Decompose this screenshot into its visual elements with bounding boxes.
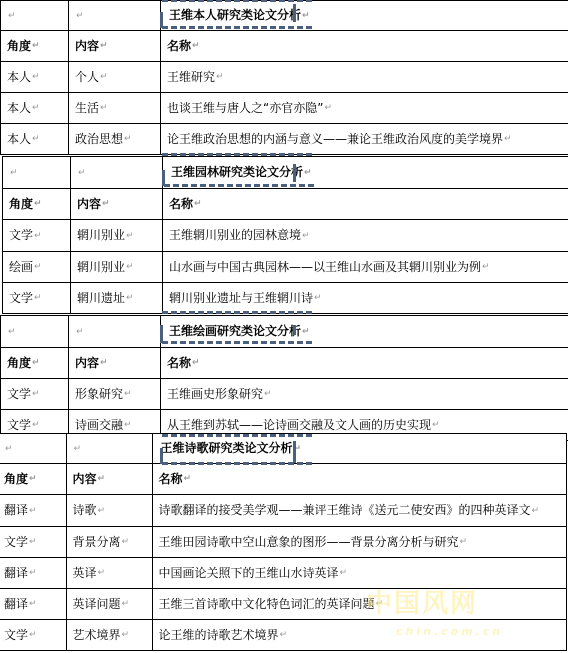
table-row: 文学↵ 艺术境界↵ 论王维的诗歌艺术境界↵ xyxy=(0,620,566,651)
paragraph-mark-icon: ↵ xyxy=(76,11,84,21)
table-header-row: 角度↵ 内容↵ 名称↵ xyxy=(3,189,568,220)
table-title: 王维本人研究类论文分析 xyxy=(169,8,301,22)
table-title: 王维园林研究类论文分析 xyxy=(171,165,303,179)
cell-content: 生活↵ xyxy=(69,93,161,124)
paragraph-mark-icon: ↵ xyxy=(304,168,312,178)
cell-content: 个人↵ xyxy=(69,62,161,93)
cell-content: 形象研究↵ xyxy=(69,379,161,410)
table-row: 文学↵ 背景分离↵ 王维田园诗歌中空山意象的图形——背景分离分析与研究↵ xyxy=(0,527,566,558)
cell-title: 论王维的诗歌艺术境界↵ xyxy=(152,620,566,651)
paragraph-mark-icon: ↵ xyxy=(192,41,200,51)
table-row: 翻译↵ 英译问题↵ 王维三首诗歌中文化特色词汇的英译问题↵ xyxy=(0,589,566,620)
cell-title: 中国画论关照下的王维山水诗英译↵ xyxy=(152,558,566,589)
cell-angle: 文学↵ xyxy=(0,620,66,651)
table-wangwei-painting: ↵ ↵ 王维绘画研究类论文分析↵ 角度↵ 内容↵ 名称↵ 文学↵ 形象研究↵ 王… xyxy=(0,315,568,441)
table-row: 绘画↵ 辋川别业↵ 山水画与中国古典园林——以王维山水画及其辋川别业为例↵ xyxy=(3,252,568,283)
empty-cell: ↵ xyxy=(69,316,161,348)
paragraph-mark-icon: ↵ xyxy=(8,327,16,337)
header-angle: 角度↵ xyxy=(0,464,66,495)
empty-cell: ↵ xyxy=(0,434,66,464)
table-row: 文学↵ 辋川别业↵ 王维辋川别业的园林意境↵ xyxy=(3,220,568,252)
cell-title: 山水画与中国古典园林——以王维山水画及其辋川别业为例↵ xyxy=(163,252,568,283)
cell-angle: 翻译↵ xyxy=(0,589,66,620)
cell-content: 诗歌↵ xyxy=(66,495,152,527)
table-row: 翻译↵ 诗歌↵ 诗歌翻译的接受美学观——兼评王维诗《送元二使安西》的四种英译文↵ xyxy=(0,495,566,527)
cell-angle: 翻译↵ xyxy=(0,495,66,527)
paragraph-mark-icon: ↵ xyxy=(8,11,16,21)
empty-cell: ↵ xyxy=(3,157,71,189)
cell-title: 王维田园诗歌中空山意象的图形——背景分离分析与研究↵ xyxy=(152,527,566,558)
header-angle: 角度↵ xyxy=(3,189,71,220)
table-row: 文学↵ 形象研究↵ 王维画史形象研究↵ xyxy=(1,379,568,410)
table-row: 本人↵ 政治思想↵ 论王维政治思想的内涵与意义——兼论王维政治风度的美学境界↵ xyxy=(1,124,568,155)
paragraph-mark-icon: ↵ xyxy=(302,327,310,337)
header-name: 名称↵ xyxy=(161,31,568,62)
cell-content: 英译问题↵ xyxy=(66,589,152,620)
cell-content: 政治思想↵ xyxy=(69,124,161,155)
paragraph-mark-icon: ↵ xyxy=(5,444,13,454)
table-header-row: 角度↵ 内容↵ 名称↵ xyxy=(1,31,568,62)
table-title: 王维诗歌研究类论文分析 xyxy=(161,441,293,455)
cell-content: 辋川遗址↵ xyxy=(71,283,163,314)
cell-angle: 文学↵ xyxy=(3,220,71,252)
table-wangwei-garden: ↵ ↵ 王维园林研究类论文分析↵ 角度↵ 内容↵ 名称↵ 文学↵ 辋川别业↵ 王… xyxy=(2,156,568,314)
cell-title: 王维三首诗歌中文化特色词汇的英译问题↵ xyxy=(152,589,566,620)
header-name: 名称↵ xyxy=(152,464,566,495)
empty-cell: ↵ xyxy=(1,316,69,348)
header-content: 内容↵ xyxy=(71,189,163,220)
paragraph-mark-icon: ↵ xyxy=(78,168,86,178)
table-header-row: 角度↵ 内容↵ 名称↵ xyxy=(1,348,568,379)
cell-title: 王维辋川别业的园林意境↵ xyxy=(163,220,568,252)
cell-title: 诗歌翻译的接受美学观——兼评王维诗《送元二使安西》的四种英译文↵ xyxy=(152,495,566,527)
table-row: 翻译↵ 英译↵ 中国画论关照下的王维山水诗英译↵ xyxy=(0,558,566,589)
header-name: 名称↵ xyxy=(163,189,568,220)
header-angle: 角度↵ xyxy=(1,31,69,62)
empty-cell: ↵ xyxy=(1,1,69,31)
cell-title: 王维画史形象研究↵ xyxy=(161,379,568,410)
header-angle: 角度↵ xyxy=(1,348,69,379)
table-title-selection[interactable]: 王维本人研究类论文分析↵ xyxy=(167,8,314,23)
header-name: 名称↵ xyxy=(161,348,568,379)
empty-cell: ↵ xyxy=(69,1,161,31)
cell-title: 王维研究↵ xyxy=(161,62,568,93)
empty-cell: ↵ xyxy=(71,157,163,189)
paragraph-mark-icon: ↵ xyxy=(100,41,108,51)
paragraph-mark-icon: ↵ xyxy=(32,41,40,51)
cell-title: 辋川别业遗址与王维辋川诗↵ xyxy=(163,283,568,314)
table-row: 本人↵ 生活↵ 也谈王维与唐人之“亦官亦隐”↵ xyxy=(1,93,568,124)
table-title-cell: 王维诗歌研究类论文分析↵ xyxy=(152,434,566,464)
table-row: 文学↵ 辋川遗址↵ 辋川别业遗址与王维辋川诗↵ xyxy=(3,283,568,314)
cell-angle: 翻译↵ xyxy=(0,558,66,589)
cell-content: 背景分离↵ xyxy=(66,527,152,558)
table-wangwei-personal: ↵ ↵ 王维本人研究类论文分析↵ 角度↵ 内容↵ 名称↵ 本人↵ 个人↵ 王维研… xyxy=(0,0,568,155)
paragraph-mark-icon: ↵ xyxy=(76,327,84,337)
header-content: 内容↵ xyxy=(66,464,152,495)
cell-angle: 文学↵ xyxy=(0,527,66,558)
paragraph-mark-icon: ↵ xyxy=(10,168,18,178)
table-header-row: 角度↵ 内容↵ 名称↵ xyxy=(0,464,566,495)
cell-angle: 本人↵ xyxy=(1,124,69,155)
cell-content: 辋川别业↵ xyxy=(71,220,163,252)
cell-content: 艺术境界↵ xyxy=(66,620,152,651)
cell-angle: 文学↵ xyxy=(1,379,69,410)
table-row: 本人↵ 个人↵ 王维研究↵ xyxy=(1,62,568,93)
cell-content: 英译↵ xyxy=(66,558,152,589)
header-content: 内容↵ xyxy=(69,348,161,379)
cell-angle: 绘画↵ xyxy=(3,252,71,283)
table-title: 王维绘画研究类论文分析 xyxy=(169,324,301,338)
header-content: 内容↵ xyxy=(69,31,161,62)
table-title-selection[interactable]: 王维诗歌研究类论文分析↵ xyxy=(159,441,306,456)
cell-content: 辋川别业↵ xyxy=(71,252,163,283)
paragraph-mark-icon: ↵ xyxy=(74,444,82,454)
cell-angle: 文学↵ xyxy=(3,283,71,314)
cell-title: 论王维政治思想的内涵与意义——兼论王维政治风度的美学境界↵ xyxy=(161,124,568,155)
cell-title: 也谈王维与唐人之“亦官亦隐”↵ xyxy=(161,93,568,124)
table-title-selection[interactable]: 王维绘画研究类论文分析↵ xyxy=(167,324,314,339)
empty-cell: ↵ xyxy=(66,434,152,464)
table-title-row: ↵ ↵ 王维诗歌研究类论文分析↵ xyxy=(0,434,566,464)
cell-angle: 本人↵ xyxy=(1,93,69,124)
paragraph-mark-icon: ↵ xyxy=(302,11,310,21)
table-wangwei-poetry: ↵ ↵ 王维诗歌研究类论文分析↵ 角度↵ 内容↵ 名称↵ 翻译↵ 诗歌↵ 诗歌翻… xyxy=(0,433,567,651)
cell-angle: 本人↵ xyxy=(1,62,69,93)
